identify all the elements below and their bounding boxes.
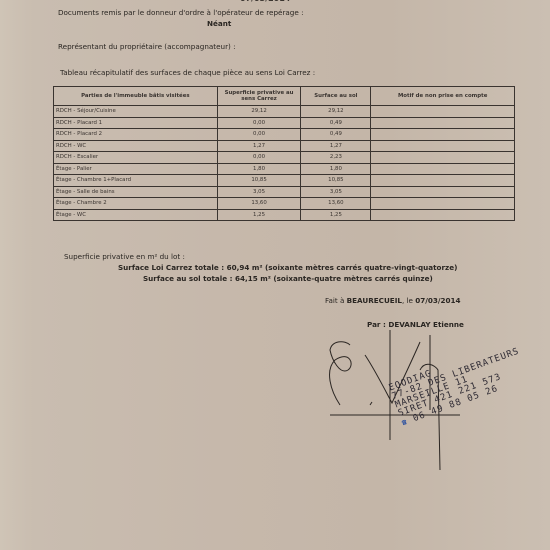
place-prefix: Fait à xyxy=(325,296,347,305)
row-motif xyxy=(371,175,515,187)
row-part: RDCH - WC xyxy=(54,140,218,152)
table-row: RDCH - Placard 10,000,49 xyxy=(54,117,515,129)
table-row: Étage - Salle de bains3,053,05 xyxy=(54,186,515,198)
row-sol: 29,12 xyxy=(301,106,371,118)
row-sol: 1,25 xyxy=(301,209,371,221)
table-row: RDCH - Placard 20,000,49 xyxy=(54,129,515,141)
row-motif xyxy=(371,186,515,198)
row-motif xyxy=(371,106,515,118)
place-date: Fait à BEAURECUEIL, le 07/03/2014 xyxy=(325,296,461,305)
row-part: RDCH - Séjour/Cuisine xyxy=(54,106,218,118)
signed-by: Par : DEVANLAY Etienne xyxy=(367,320,464,329)
row-part: Étage - WC xyxy=(54,209,218,221)
row-motif xyxy=(371,152,515,164)
row-carrez: 0,00 xyxy=(217,152,301,164)
table-row: Étage - WC1,251,25 xyxy=(54,209,515,221)
top-cut-date: 07/03/2014 xyxy=(240,0,290,3)
row-motif xyxy=(371,163,515,175)
by-prefix: Par : xyxy=(367,320,388,329)
header-carrez: Superficie privative au sens Carrez xyxy=(217,87,301,106)
row-part: Étage - Palier xyxy=(54,163,218,175)
row-sol: 0,49 xyxy=(301,129,371,141)
date: 07/03/2014 xyxy=(415,296,460,305)
date-prefix: , le xyxy=(402,296,415,305)
representative-label: Représentant du propriétaire (accompagna… xyxy=(58,42,236,51)
place: BEAURECUEIL xyxy=(347,296,402,305)
documents-label: Documents remis par le donneur d'ordre à… xyxy=(58,8,304,17)
by-name: DEVANLAY Etienne xyxy=(388,320,463,329)
row-sol: 0,49 xyxy=(301,117,371,129)
header-sol: Surface au sol xyxy=(301,87,371,106)
table-row: RDCH - Escalier0,002,23 xyxy=(54,152,515,164)
table-row: RDCH - WC1,271,27 xyxy=(54,140,515,152)
row-carrez: 1,80 xyxy=(217,163,301,175)
table-intro: Tableau récapitulatif des surfaces de ch… xyxy=(60,68,315,77)
row-carrez: 13,60 xyxy=(217,198,301,210)
row-motif xyxy=(371,140,515,152)
row-carrez: 3,05 xyxy=(217,186,301,198)
row-sol: 10,85 xyxy=(301,175,371,187)
row-sol: 3,05 xyxy=(301,186,371,198)
row-motif xyxy=(371,209,515,221)
row-part: RDCH - Escalier xyxy=(54,152,218,164)
row-part: Étage - Salle de bains xyxy=(54,186,218,198)
row-sol: 1,80 xyxy=(301,163,371,175)
header-part: Parties de l'immeuble bâtis visitées xyxy=(54,87,218,106)
table-row: RDCH - Séjour/Cuisine29,1229,12 xyxy=(54,106,515,118)
row-motif xyxy=(371,117,515,129)
row-carrez: 1,27 xyxy=(217,140,301,152)
row-sol: 13,60 xyxy=(301,198,371,210)
row-motif xyxy=(371,129,515,141)
row-carrez: 1,25 xyxy=(217,209,301,221)
header-motif: Motif de non prise en compte xyxy=(371,87,515,106)
row-sol: 2,23 xyxy=(301,152,371,164)
row-part: Étage - Chambre 1+Placard xyxy=(54,175,218,187)
carrez-total: Surface Loi Carrez totale : 60,94 m² (so… xyxy=(118,263,457,272)
row-part: RDCH - Placard 1 xyxy=(54,117,218,129)
table-row: Étage - Chambre 1+Placard10,8510,85 xyxy=(54,175,515,187)
documents-value: Néant xyxy=(207,19,231,28)
sol-total: Surface au sol totale : 64,15 m² (soixan… xyxy=(143,274,433,283)
row-carrez: 10,85 xyxy=(217,175,301,187)
table-header-row: Parties de l'immeuble bâtis visitées Sup… xyxy=(54,87,515,106)
row-carrez: 29,12 xyxy=(217,106,301,118)
row-part: RDCH - Placard 2 xyxy=(54,129,218,141)
row-carrez: 0,00 xyxy=(217,117,301,129)
table-row: Étage - Palier1,801,80 xyxy=(54,163,515,175)
summary-label: Superficie privative en m² du lot : xyxy=(64,252,185,261)
document-page: 07/03/2014 Documents remis par le donneu… xyxy=(0,0,550,550)
surfaces-table: Parties de l'immeuble bâtis visitées Sup… xyxy=(53,86,515,221)
row-sol: 1,27 xyxy=(301,140,371,152)
row-part: Étage - Chambre 2 xyxy=(54,198,218,210)
row-motif xyxy=(371,198,515,210)
table-row: Étage - Chambre 213,6013,60 xyxy=(54,198,515,210)
row-carrez: 0,00 xyxy=(217,129,301,141)
